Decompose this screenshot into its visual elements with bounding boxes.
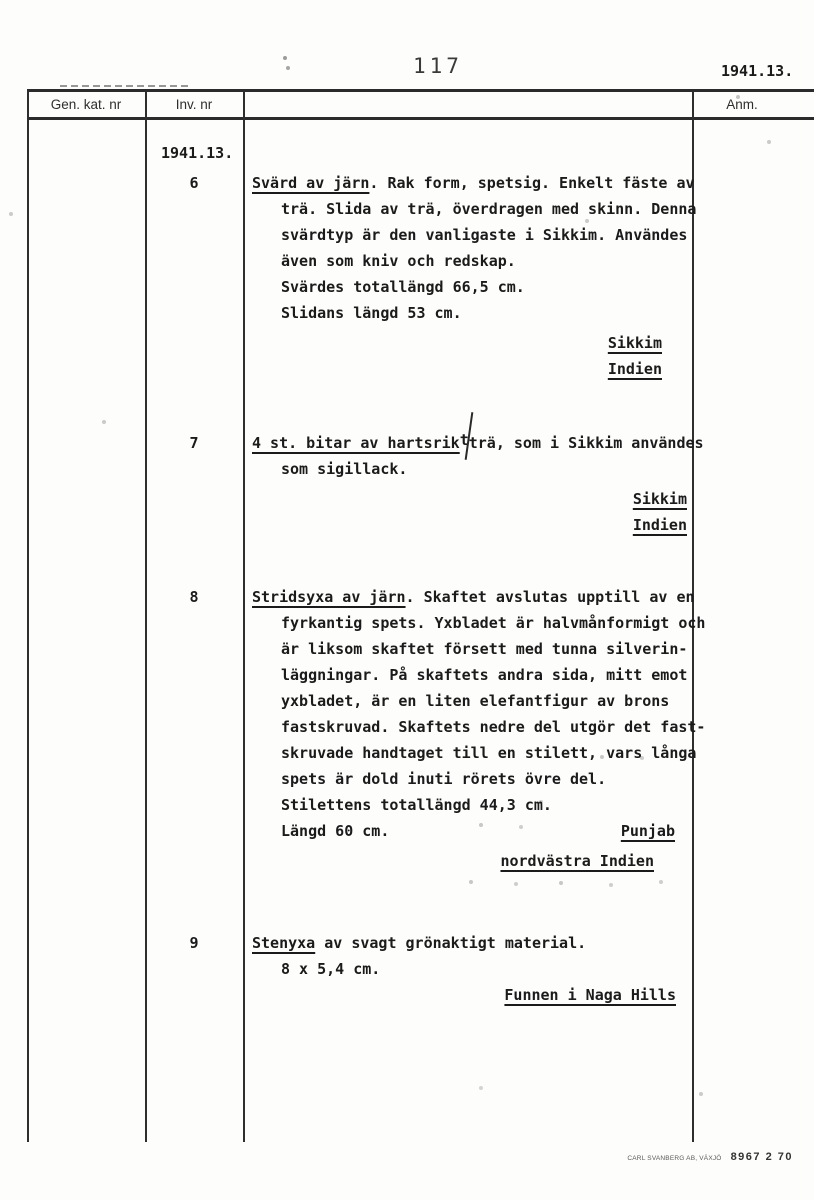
entry-number-6: 6	[145, 170, 243, 196]
printer-imprint: CARL SVANBERG AB, VÄXJÖ	[627, 1155, 721, 1162]
entry-line: fastskruvad. Skaftets nedre del utgör de…	[252, 714, 692, 740]
print-footer: CARL SVANBERG AB, VÄXJÖ 8967 2 70	[627, 1151, 793, 1163]
catalog-ref: 1941.13.	[721, 62, 793, 80]
catalog-entry-6: Svärd av järn. Rak form, spetsig. Enkelt…	[252, 170, 692, 382]
entry-measurement: Svärdes totallängd 66,5 cm.	[252, 274, 692, 300]
entry-line: yxbladet, är en liten elefantfigur av br…	[252, 688, 692, 714]
entry-line: läggningar. På skaftets andra sida, mitt…	[252, 662, 692, 688]
column-divider-genkat-inv	[145, 90, 147, 1142]
entry-line: spets är dold inuti rörets övre del.	[252, 766, 692, 792]
catalog-entry-7: 4 st. bitar av hartsriktträ, som i Sikki…	[252, 430, 692, 538]
entry-provenance-line: Indien	[252, 356, 692, 382]
catalog-entry-8: Stridsyxa av järn. Skaftet avslutas uppt…	[252, 584, 692, 874]
catalog-entry-9: Stenyxa av svagt grönaktigt material. 8 …	[252, 930, 692, 1008]
entry-provenance-line: Funnen i Naga Hills	[252, 982, 692, 1008]
catalog-group-label: 1941.13.	[161, 144, 233, 162]
entry-title: Stenyxa	[252, 934, 315, 952]
entry-number-7: 7	[145, 430, 243, 456]
entry-line: Svärd av järn. Rak form, spetsig. Enkelt…	[252, 170, 692, 196]
entry-title: Stridsyxa av järn	[252, 588, 406, 606]
entry-line: trä. Slida av trä, överdragen med skinn.…	[252, 196, 692, 222]
table-left-border	[27, 90, 29, 1142]
entry-line: fyrkantig spets. Yxbladet är halvmånform…	[252, 610, 692, 636]
entry-line: skruvade handtaget till en stilett, vars…	[252, 740, 692, 766]
entry-measurement: Slidans längd 53 cm.	[252, 300, 692, 326]
entry-title: Svärd av järn	[252, 174, 369, 192]
entry-number-8: 8	[145, 584, 243, 610]
column-header-anm: Anm.	[692, 97, 792, 113]
entry-number-9: 9	[145, 930, 243, 956]
column-header-inv-nr: Inv. nr	[145, 97, 243, 113]
entry-measurement: Stilettens totallängd 44,3 cm.	[252, 792, 692, 818]
entry-line: svärdtyp är den vanligaste i Sikkim. Anv…	[252, 222, 692, 248]
entry-provenance-line: Indien	[252, 512, 692, 538]
scanned-catalog-page: 117 1941.13. Gen. kat. nr Inv. nr Anm. 1…	[0, 0, 814, 1200]
entry-line: 4 st. bitar av hartsriktträ, som i Sikki…	[252, 430, 692, 456]
form-code: 8967 2 70	[731, 1151, 793, 1163]
entry-line: som sigillack.	[252, 456, 692, 482]
scan-speckles	[0, 0, 2, 2]
column-divider-inv-description	[243, 90, 245, 1142]
entry-measurement: 8 x 5,4 cm.	[252, 956, 692, 982]
entry-title: 4 st. bitar av hartsrik	[252, 434, 460, 452]
column-header-gen-kat-nr: Gen. kat. nr	[27, 97, 145, 113]
entry-provenance-line: Sikkim	[252, 330, 692, 356]
entry-provenance-line: nordvästra Indien	[252, 848, 692, 874]
scan-line-artifact	[60, 85, 188, 87]
entry-line: Stenyxa av svagt grönaktigt material.	[252, 930, 692, 956]
entry-line: även som kniv och redskap.	[252, 248, 692, 274]
entry-line: är liksom skaftet försett med tunna silv…	[252, 636, 692, 662]
entry-provenance-line: Sikkim	[252, 486, 692, 512]
page-number: 117	[413, 54, 463, 78]
entry-line: Stridsyxa av järn. Skaftet avslutas uppt…	[252, 584, 692, 610]
entry-provenance-inline: Punjab	[621, 818, 675, 844]
